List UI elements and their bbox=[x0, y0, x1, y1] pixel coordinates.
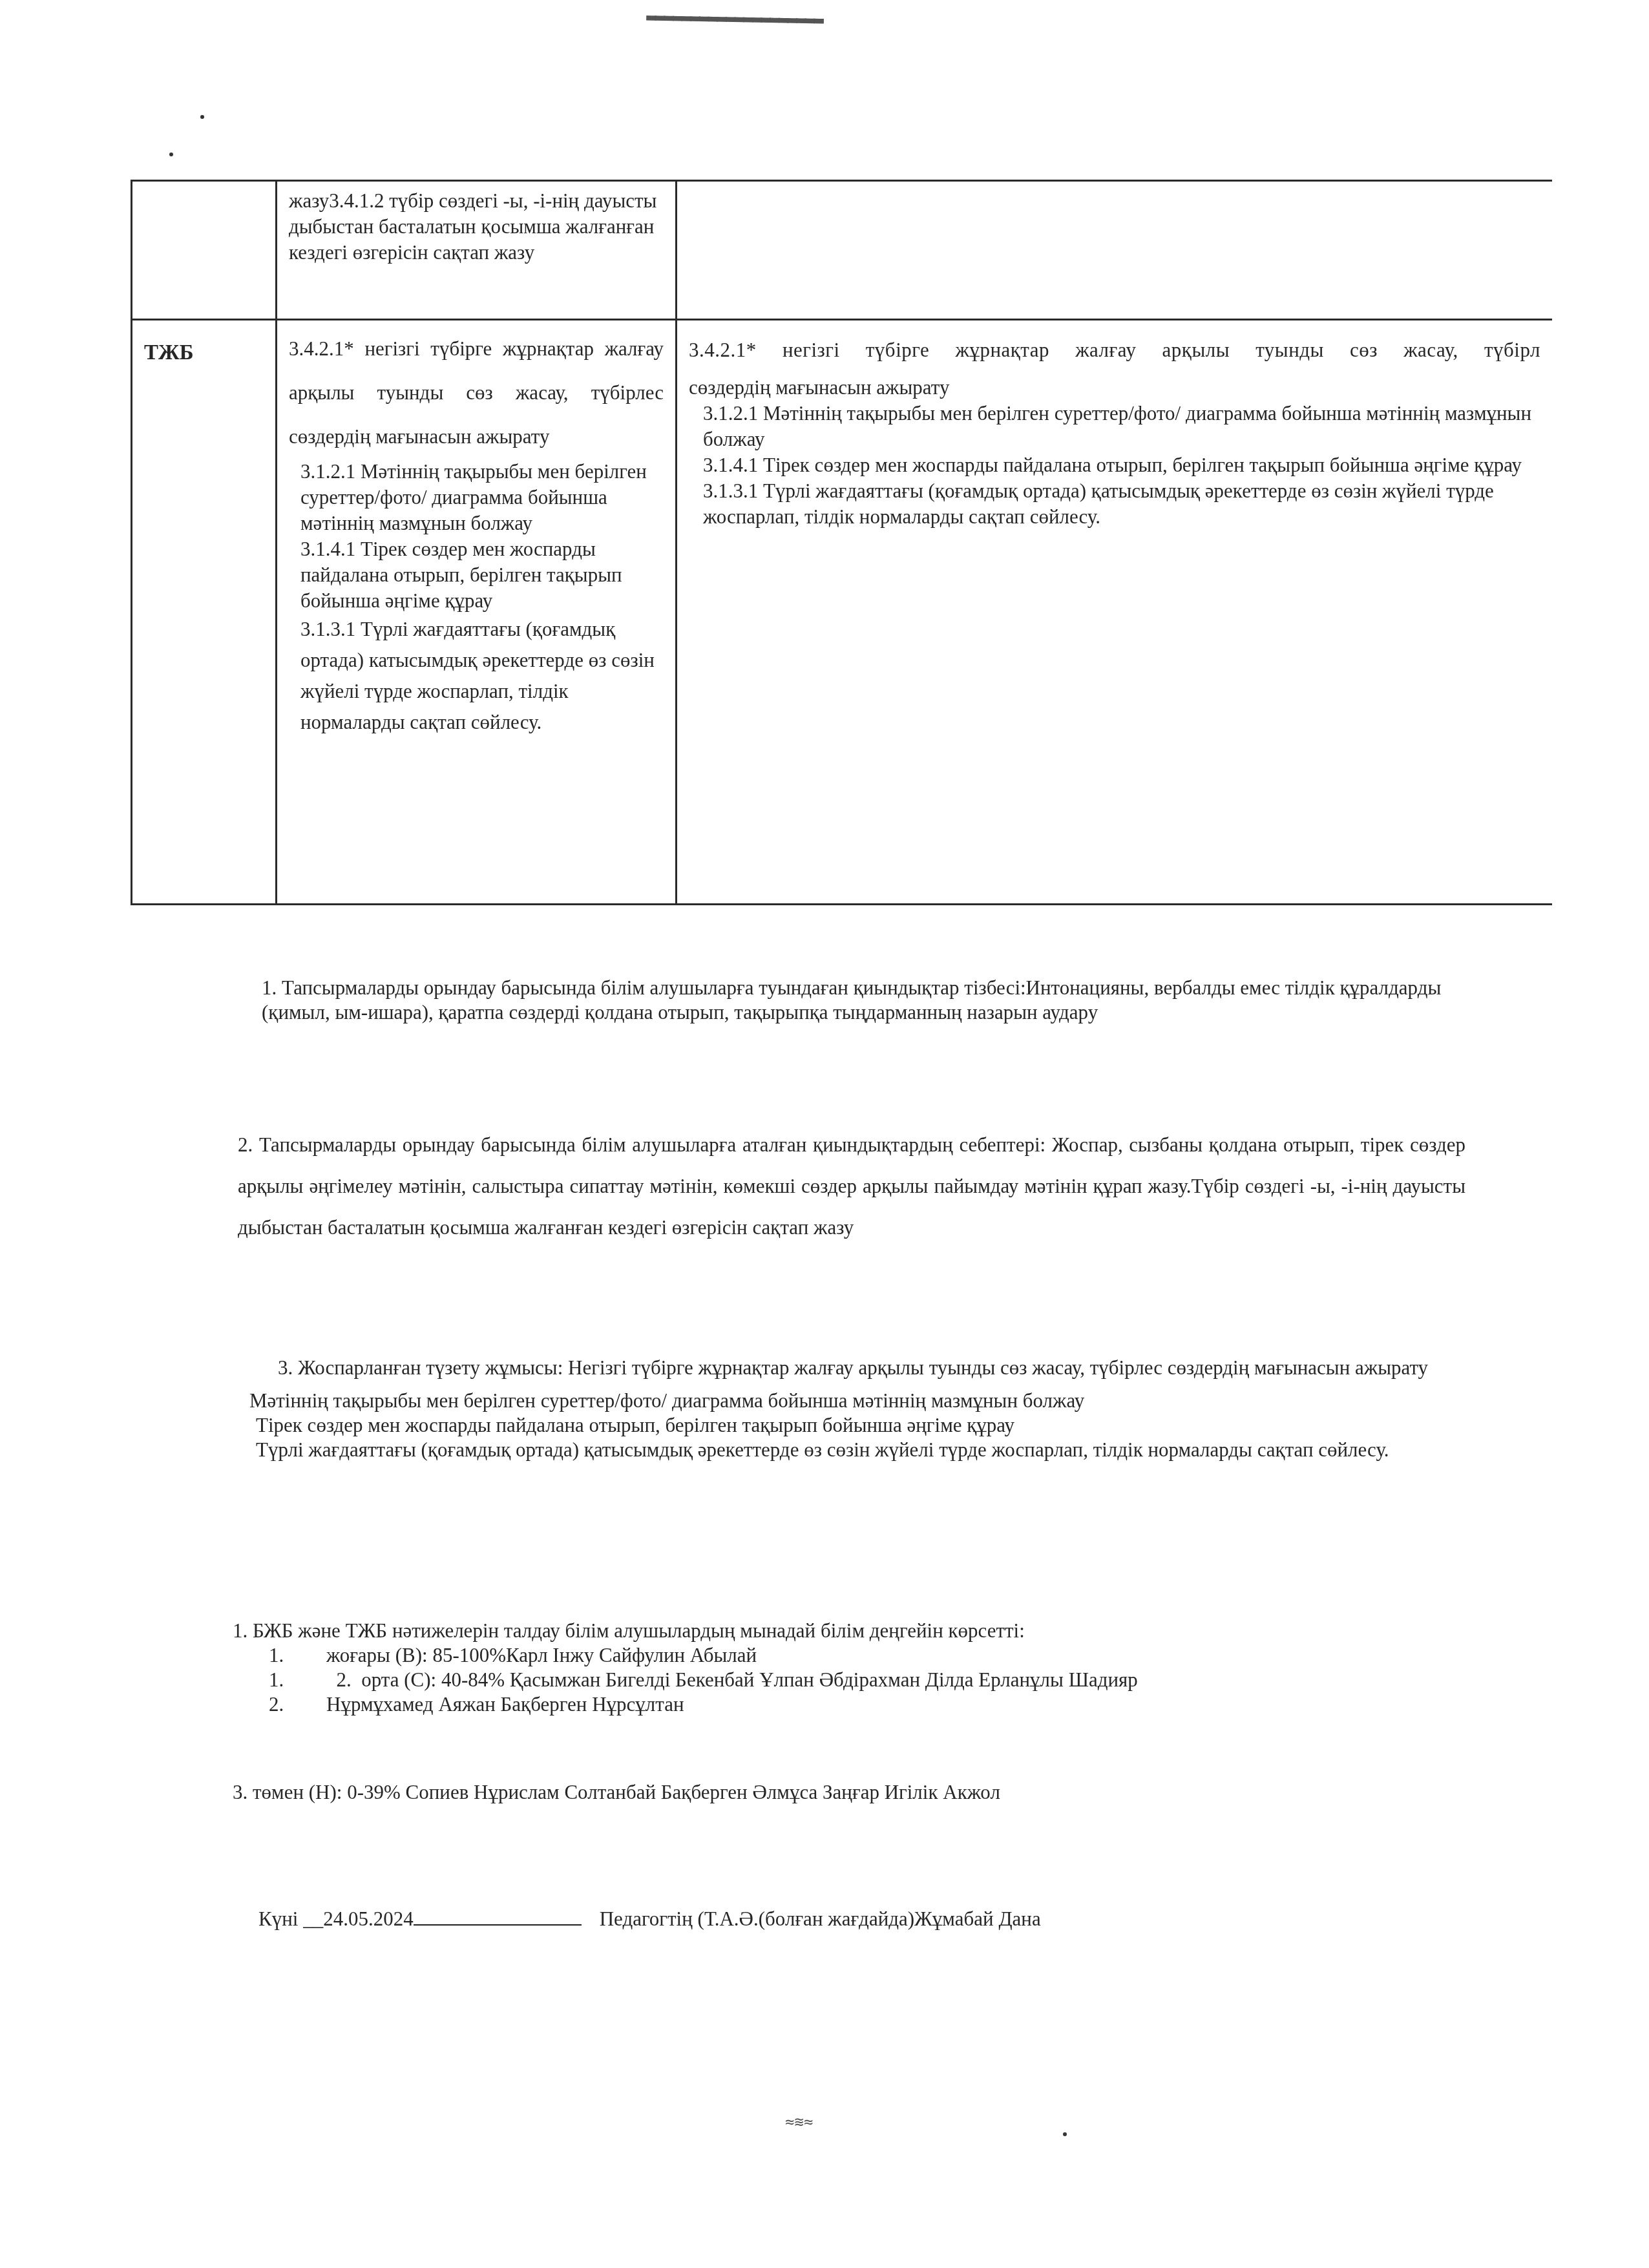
level-item: 1. жоғары (В): 85-100%Карл Інжу Сайфулин… bbox=[233, 1643, 1396, 1668]
correction-item: Түрлі жағдаяттағы (қоғамдық ортада) қаты… bbox=[256, 1438, 1465, 1462]
scan-artifact: ≈≋≈ bbox=[785, 2113, 813, 2131]
objective-head: 3.4.2.1* негізгі түбірге жұрнақтар жалға… bbox=[289, 327, 664, 459]
difficulty-cell bbox=[677, 181, 1553, 320]
correction-work: 3. Жоспарланған түзету жұмысы: Негізгі т… bbox=[238, 1347, 1465, 1462]
correction-head: 3. Жоспарланған түзету жұмысы: Негізгі т… bbox=[238, 1347, 1465, 1389]
correction-item: Мәтіннің тақырыбы мен берілген суреттер/… bbox=[249, 1389, 1465, 1413]
table-row: ТЖБ 3.4.2.1* негізгі түбірге жұрнақтар ж… bbox=[132, 320, 1553, 905]
objective-cell: жазу3.4.1.2 түбір сөздегі -ы, -і-нің дау… bbox=[277, 181, 677, 320]
difficulty-head-line2: сөздердің мағынасын ажырату bbox=[689, 375, 1540, 401]
correction-item: Тірек сөздер мен жоспарды пайдалана отыр… bbox=[256, 1413, 1465, 1438]
date-label: Күні __24.05.2024 bbox=[258, 1907, 414, 1931]
difficulty-item: 3.1.2.1 Мәтіннің тақырыбы мен берілген с… bbox=[703, 401, 1540, 452]
difficulties-list: 1. Тапсырмаларды орындау барысында білім… bbox=[262, 976, 1464, 1025]
level-text: 2. орта (С): 40-84% Қасымжан Бигелді Бек… bbox=[326, 1668, 1138, 1692]
objective-item: 3.1.3.1 Түрлі жағдаяттағы (қоғамдық орта… bbox=[300, 614, 664, 738]
signature-blank bbox=[414, 1905, 582, 1926]
level-text: жоғары (В): 85-100%Карл Інжу Сайфулин Аб… bbox=[326, 1643, 757, 1668]
difficulty-causes: 2. Тапсырмаларды орындау барысында білім… bbox=[238, 1124, 1465, 1248]
difficulty-item: 3.1.3.1 Түрлі жағдаяттағы (қоғамдық орта… bbox=[703, 478, 1540, 530]
results-analysis: 1. БЖБ және ТЖБ нәтижелерін талдау білім… bbox=[233, 1619, 1396, 1717]
objective-item: 3.1.2.1 Мәтіннің тақырыбы мен берілген с… bbox=[300, 459, 664, 536]
level-item: 2. Нұрмұхамед Аяжан Бақберген Нұрсұлтан bbox=[233, 1692, 1396, 1717]
level-text: Нұрмұхамед Аяжан Бақберген Нұрсұлтан bbox=[326, 1692, 684, 1717]
objective-item: 3.1.4.1 Тірек сөздер мен жоспарды пайдал… bbox=[300, 536, 664, 614]
low-level: 3. төмен (Н): 0-39% Сопиев Нұрислам Солт… bbox=[233, 1780, 1396, 1805]
objective-items: 3.1.2.1 Мәтіннің тақырыбы мен берілген с… bbox=[289, 459, 664, 738]
signature-line: Күні __24.05.2024 Педагогтің (Т.А.Ә.(бол… bbox=[258, 1905, 1357, 1931]
difficulty-cell: 3.4.2.1* негізгі түбірге жұрнақтар жалға… bbox=[677, 320, 1553, 905]
scan-dot bbox=[200, 115, 204, 119]
level-number: 1. bbox=[233, 1668, 326, 1692]
scan-dot bbox=[169, 152, 173, 156]
scan-artifact: ▬▬▬▬▬▬▬▬▬▬▬▬▬▬▬▬▬▬▬▬ bbox=[646, 8, 823, 30]
table-row: жазу3.4.1.2 түбір сөздегі -ы, -і-нің дау… bbox=[132, 181, 1553, 320]
difficulty-items: 3.1.2.1 Мәтіннің тақырыбы мен берілген с… bbox=[689, 401, 1540, 530]
row-label-cell: ТЖБ bbox=[132, 320, 277, 905]
objective-cell: 3.4.2.1* негізгі түбірге жұрнақтар жалға… bbox=[277, 320, 677, 905]
difficulty-item: 3.1.4.1 Тірек сөздер мен жоспарды пайдал… bbox=[703, 452, 1540, 478]
difficulty-head-line1: 3.4.2.1* негізгі түбірге жұрнақтар жалға… bbox=[689, 337, 1540, 363]
level-number: 2. bbox=[233, 1692, 326, 1717]
teacher-name: Педагогтің (Т.А.Ә.(болған жағдайда)Жұмаб… bbox=[600, 1907, 1041, 1931]
objectives-table: жазу3.4.1.2 түбір сөздегі -ы, -і-нің дау… bbox=[131, 180, 1552, 905]
row-label-cell bbox=[132, 181, 277, 320]
results-heading: 1. БЖБ және ТЖБ нәтижелерін талдау білім… bbox=[233, 1619, 1396, 1643]
level-item: 1. 2. орта (С): 40-84% Қасымжан Бигелді … bbox=[233, 1668, 1396, 1692]
level-number: 1. bbox=[233, 1643, 326, 1668]
scan-dot bbox=[1063, 2132, 1067, 2136]
